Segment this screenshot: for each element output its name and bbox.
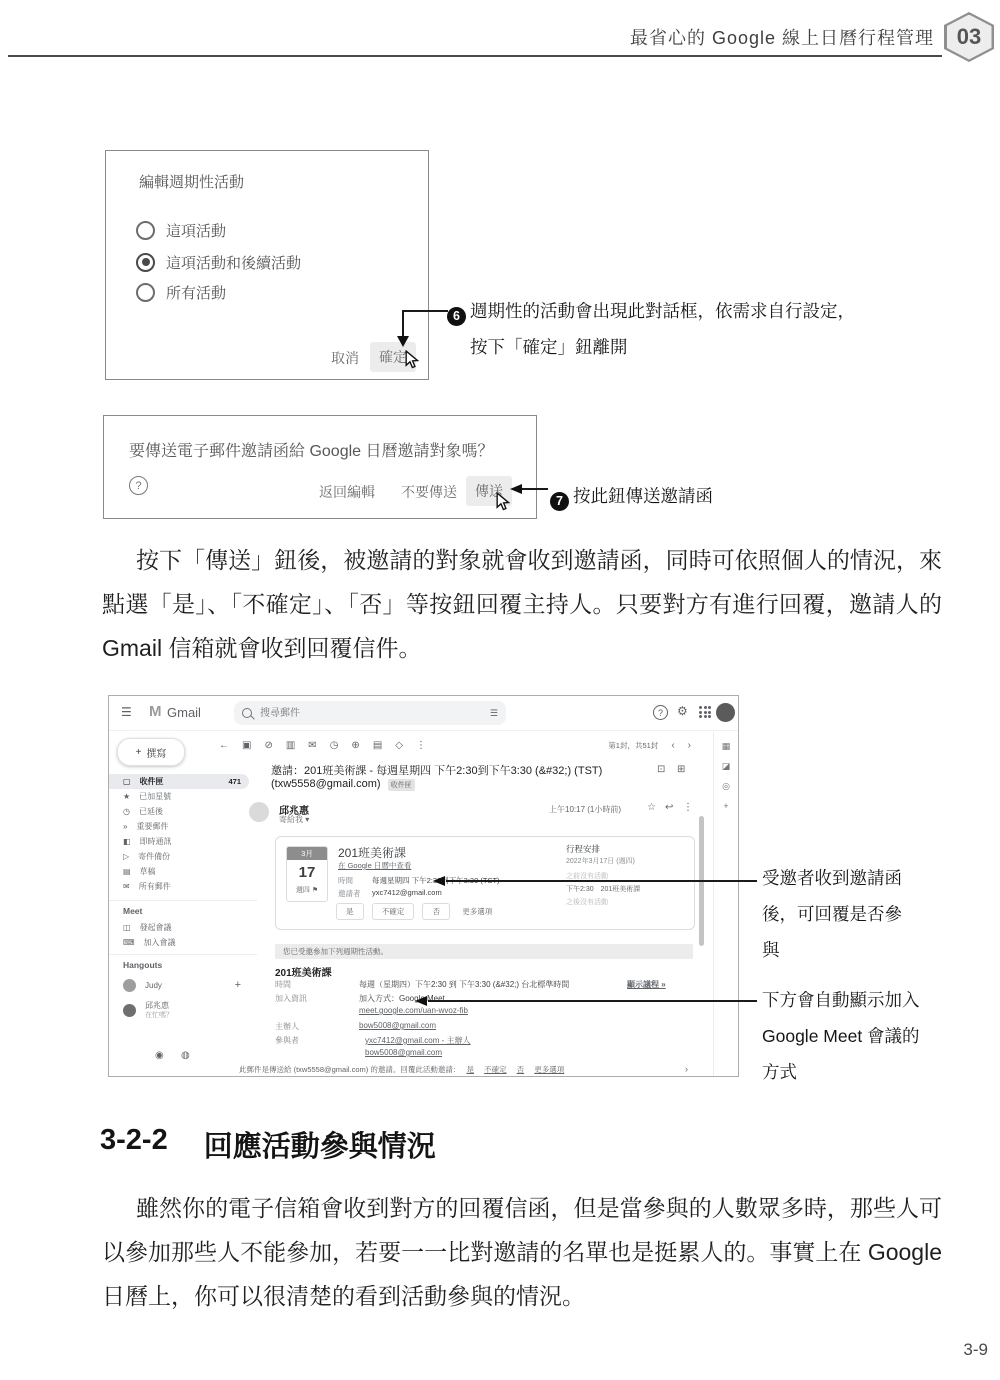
callout-meet-connector-line [428,1000,757,1002]
details-join-label: 加入資訊 [275,993,307,1004]
all-mail-icon: ✉ [123,882,130,891]
details-join-value: 加入方式：Google Meet [359,993,445,1004]
add-to-tasks-icon[interactable]: ⊕ [351,740,359,751]
rsvp-maybe-button[interactable]: 不確定 [372,903,415,920]
send-invitation-dialog: 要傳送電子郵件邀請函給 Google 日曆邀請對象嗎？ ? 返回編輯 不要傳送 … [103,415,537,519]
event-title: 201班美術課 [338,844,406,861]
callout-6: 6週期性的活動會出現此對話框，依需求自行設定， 按下「確定」鈕離開 [447,293,957,365]
organizer-link[interactable]: bow5008@gmail.com [359,1021,436,1030]
rsvp-more-options[interactable]: 更多選項 [462,907,492,916]
dialog-title: 編輯週期性活動 [139,171,244,192]
callout6-arrowhead [397,336,409,347]
book-page: 最省心的 Google 線上日曆行程管理 03 編輯週期性活動 這項活動 這項活… [0,0,1000,1380]
compose-button[interactable]: + 撰寫 [117,738,185,766]
radio-label: 這項活動和後續活動 [166,252,301,273]
agenda-date: 2022年3月17日 (週四) [566,856,635,866]
search-input[interactable] [258,707,484,720]
calendar-panel-icon[interactable]: ▦ [714,741,738,752]
more-icon[interactable]: ⋮ [416,740,426,751]
snooze-icon[interactable]: ◷ [330,740,339,751]
sent-icon: ▷ [123,852,129,861]
expand-chevron-icon[interactable]: › [685,1064,688,1074]
footer-no-link[interactable]: 否 [517,1065,525,1074]
footer-yes-link[interactable]: 是 [466,1065,474,1074]
rsvp-buttons: 是 不確定 否 更多選項 [336,903,492,920]
dont-send-button[interactable]: 不要傳送 [401,482,457,502]
contact-status: 在忙嗎？ [145,1012,173,1019]
move-to-icon[interactable]: ▤ [373,740,382,751]
callout6-connector-line [403,310,448,312]
agenda-after: 之後沒有活動 [566,897,608,907]
callout-invite-text: 受邀者收到邀請函後，可回覆是否參與 [762,860,914,968]
account-avatar[interactable] [716,703,735,722]
important-icon: » [123,822,127,831]
hamburger-menu-icon[interactable]: ☰ [121,705,132,719]
callout7-connector-line [521,488,548,490]
details-when-value: 每週（星期四）下午2:30 到 下午3:30 (&#32;) 台北標準時間 [359,979,569,990]
when-label: 時間 [338,875,353,886]
callout7-arrowhead [510,484,522,494]
guest-1-link[interactable]: yxc7412@gmail.com - 主辦人 [365,1035,470,1046]
gmail-screenshot: ☰ M Gmail ☰ ? ⚙ + 撰寫 ▢ 收件匣 47 [108,695,739,1077]
rsvp-no-button[interactable]: 否 [422,903,450,920]
radio-option-this-and-following[interactable]: 這項活動和後續活動 [136,253,301,271]
callout-invite-connector-line [446,880,757,882]
support-icon[interactable]: ? [653,705,668,720]
search-icon [242,708,252,718]
message-toolbar: ← ▣ ⊘ ▥ ✉ ◷ ⊕ ▤ ◇ ⋮ 第1封，共51封 ‹ › [219,736,697,754]
footer-maybe-link[interactable]: 不確定 [484,1065,507,1074]
snooze-icon: ◷ [123,807,130,816]
mark-unread-icon[interactable]: ✉ [308,740,316,751]
delete-icon[interactable]: ▥ [286,740,295,751]
callout-invite-arrowhead [433,876,445,886]
callout-7-text: 按此鈕傳送邀請函 [573,486,713,506]
sender-avatar [249,802,269,822]
google-apps-grid-icon[interactable] [699,706,711,718]
callout-7: 7按此鈕傳送邀請函 [550,478,850,514]
edit-recurring-dialog: 編輯週期性活動 這項活動 這項活動和後續活動 所有活動 取消 確定 [105,150,429,380]
chat-icon: ◧ [123,837,131,846]
hangouts-user-avatar [123,979,136,992]
settings-gear-icon[interactable]: ⚙ [677,704,688,718]
cancel-button[interactable]: 取消 [331,348,359,368]
radio-label: 這項活動 [166,220,226,241]
to-me-label[interactable]: 寄給我 ▾ [279,814,309,825]
callout-meet-text: 下方會自動顯示加入 Google Meet 會議的方式 [762,982,920,1090]
callout-6-text-line1: 週期性的活動會出現此對話框，依需求自行設定， [470,301,855,321]
drafts-icon: ▤ [123,867,131,876]
mouse-cursor [496,492,511,511]
contact-avatar [123,1004,136,1017]
search-bar[interactable]: ☰ [234,701,506,725]
more-options-icon[interactable]: ⋮ [683,802,693,813]
details-when-label: 時間 [275,979,291,990]
keep-panel-icon[interactable]: ◪ [714,761,738,772]
archive-icon[interactable]: ▣ [242,740,251,751]
step-6-badge: 6 [447,307,466,326]
search-tune-icon[interactable]: ☰ [490,708,498,719]
show-agenda-link[interactable]: 顯示議程 » [627,979,666,990]
chapter-badge: 03 [944,12,994,62]
section-title: 回應活動參與情況 [204,1124,436,1165]
calendar-invite-card: 3月 17 週四 ⚑ 201班美術課 在 Google 日曆中查看 時間 每週星… [275,836,695,930]
back-to-edit-button[interactable]: 返回編輯 [319,482,375,502]
report-spam-icon[interactable]: ⊘ [264,740,272,751]
date-tile-day: 17 [287,860,327,885]
view-in-calendar-link[interactable]: 在 Google 日曆中查看 [338,860,411,871]
agenda-title: 行程安排 [566,843,600,855]
details-organizer-label: 主辦人 [275,1021,299,1032]
guest-2-link[interactable]: bow5008@gmail.com [365,1048,442,1057]
body-paragraph-2: 雖然你的電子信箱會收到對方的回覆信函，但是當參與的人數眾多時，那些人可以參加那些… [102,1186,942,1318]
older-icon[interactable]: › [688,740,691,751]
gmail-wordmark: Gmail [167,705,201,720]
step-7-badge: 7 [550,492,569,511]
flag-icon: ⚑ [312,887,318,894]
help-icon[interactable]: ? [129,476,148,495]
reply-icon[interactable]: ↩ [665,802,673,813]
gmail-message-pane: ← ▣ ⊘ ▥ ✉ ◷ ⊕ ▤ ◇ ⋮ 第1封，共51封 ‹ › 邀請：201班… [219,730,697,1076]
agenda-item: 下午2:30 201班美術課 [566,884,640,894]
radio-label: 所有活動 [166,282,226,303]
hangouts-section-header: Hangouts [123,960,162,970]
inbox-icon: ▢ [123,777,131,786]
gmail-logo-m: M [149,703,162,720]
plus-icon: + [136,747,142,758]
add-panel-icon[interactable]: + [714,801,738,811]
footer-more-link[interactable]: 更多選項 [534,1065,564,1074]
radio-icon[interactable] [136,221,155,240]
section-heading: 3-2-2 回應活動參與情況 [100,1124,436,1165]
body-paragraph-1: 按下「傳送」鈕後，被邀請的對象就會收到邀請函，同時可依照個人的情況，來點選「是」… [102,538,942,670]
tasks-panel-icon[interactable]: ◎ [714,781,738,792]
radio-icon[interactable] [136,283,155,302]
inbox-label-chip[interactable]: 收件匣 [388,779,415,791]
radio-option-this-event[interactable]: 這項活動 [136,221,226,239]
print-icon[interactable]: ⊡ [657,764,665,775]
callout-6-text-line2: 按下「確定」鈕離開 [470,337,628,357]
callout-meet-arrowhead [415,996,427,1006]
header-rule [8,55,942,57]
date-tile-weekday: 週四 ⚑ [287,885,327,895]
newer-icon[interactable]: ‹ [671,740,674,751]
details-event-title: 201班美術課 [275,964,332,979]
who-label: 邀請者 [338,888,361,899]
compose-label: 撰寫 [146,745,166,760]
radio-option-all-events[interactable]: 所有活動 [136,283,226,301]
meet-link[interactable]: meet.google.com/uan-wvoz-fib [359,1006,468,1015]
gmail-topbar: ☰ M Gmail ☰ ? ⚙ [109,696,738,731]
chapter-header-title: 最省心的 Google 線上日曆行程管理 [630,24,934,50]
date-tile-month: 3月 [287,847,327,860]
contacts-toggle-icon[interactable]: ◉ [155,1050,164,1061]
dialog-message: 要傳送電子郵件邀請函給 Google 日曆邀請對象嗎？ [129,438,494,461]
email-subject: 邀請：201班美術課 - 每週星期四 下午2:30到下午3:30 (&#32;)… [271,762,641,791]
hangouts-toggle-icon[interactable]: ◍ [181,1050,190,1061]
page-number: 3-9 [963,1340,988,1360]
callout6-connector-line [402,310,404,336]
pagination-text: 第1封，共51封 [608,740,658,751]
star-outline-icon[interactable]: ☆ [647,802,656,813]
camera-icon: ◫ [123,923,131,932]
chapter-number: 03 [957,24,981,50]
label-icon[interactable]: ◇ [395,740,403,751]
rsvp-yes-button[interactable]: 是 [336,903,364,920]
email-timestamp: 上午10:17 (1小時前) [549,804,621,815]
hangouts-user-name: Judy [145,981,162,990]
meet-section-header: Meet [123,906,142,916]
contact-name: 邱兆惠 [145,1001,169,1010]
dropdown-icon: ▾ [305,815,309,824]
section-number: 3-2-2 [100,1124,168,1165]
date-tile: 3月 17 週四 ⚑ [286,846,328,902]
invite-footer: 此郵件是傳送給 (txw5558@gmail.com) 的邀請。回覆此活動邀請：… [239,1064,691,1075]
radio-icon-selected[interactable] [136,253,155,272]
who-value: yxc7412@gmail.com [372,888,442,897]
invite-banner: 您已受邀參加下列週期性活動。 [275,944,693,959]
mouse-cursor [405,350,420,369]
back-icon[interactable]: ← [219,740,229,751]
details-guests-label: 參與者 [275,1035,299,1046]
open-in-new-icon[interactable]: ⊞ [677,764,685,775]
side-panel-rail: ▦ ◪ ◎ + [713,732,738,1076]
keyboard-icon: ⌨ [123,938,135,947]
star-icon: ★ [123,792,130,801]
